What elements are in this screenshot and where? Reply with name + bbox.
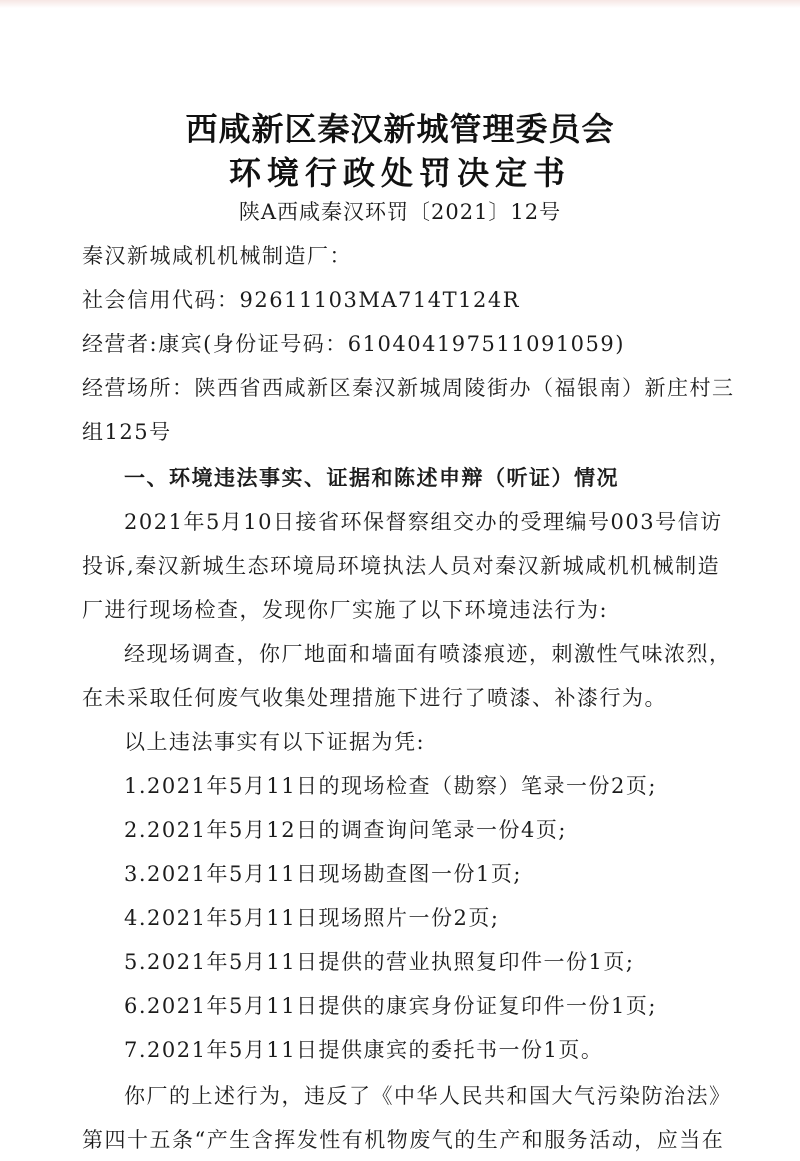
facts-paragraph-line: 2021年5月10日接省环保督察组交办的受理编号003号信访: [124, 506, 723, 536]
evidence-intro: 以上违法事实有以下证据为凭:: [124, 726, 425, 756]
business-address-line-1: 经营场所：陕西省西咸新区秦汉新城周陵街办（福银南）新庄村三: [82, 372, 735, 402]
facts-paragraph-line: 厂进行现场检查，发现你厂实施了以下环境违法行为:: [82, 594, 608, 624]
evidence-item: 1.2021年5月11日的现场检查（勘察）笔录一份2页;: [124, 770, 657, 800]
party-name: 秦汉新城咸机机械制造厂：: [82, 240, 352, 270]
issuing-authority-title: 西咸新区秦汉新城管理委员会: [0, 104, 800, 150]
business-address-line-2: 组125号: [82, 416, 172, 446]
evidence-item: 5.2021年5月11日提供的营业执照复印件一份1页;: [124, 946, 635, 976]
investigation-paragraph-line: 经现场调查，你厂地面和墙面有喷漆痕迹，刺激性气味浓烈，: [124, 638, 732, 668]
evidence-item: 6.2021年5月11日提供的康宾身份证复印件一份1页;: [124, 990, 657, 1020]
section-heading-violation-facts: 一、环境违法事实、证据和陈述申辩（听证）情况: [124, 462, 619, 492]
violation-paragraph-line: 第四十五条“产生含挥发性有机物废气的生产和服务活动，应当在: [82, 1124, 724, 1154]
operator-info: 经营者:康宾(身份证号码：610404197511091059): [82, 328, 625, 358]
document-page: 西咸新区秦汉新城管理委员会 环境行政处罚决定书 陕A西咸秦汉环罚〔2021〕12…: [0, 0, 800, 1161]
evidence-item: 7.2021年5月11日提供康宾的委托书一份1页。: [124, 1034, 603, 1064]
evidence-item: 2.2021年5月12日的调查询问笔录一份4页;: [124, 814, 567, 844]
document-number: 陕A西咸秦汉环罚〔2021〕12号: [0, 196, 800, 226]
violation-paragraph-line: 你厂的上述行为，违反了《中华人民共和国大气污染防治法》: [124, 1080, 732, 1110]
evidence-item: 4.2021年5月11日现场照片一份2页;: [124, 902, 500, 932]
document-type-title: 环境行政处罚决定书: [0, 148, 800, 194]
investigation-paragraph-line: 在未采取任何废气收集处理措施下进行了喷漆、补漆行为。: [82, 682, 667, 712]
credit-code: 社会信用代码：92611103MA714T124R: [82, 284, 520, 314]
facts-paragraph-line: 投诉,秦汉新城生态环境局环境执法人员对秦汉新城咸机机械制造: [82, 550, 720, 580]
evidence-item: 3.2021年5月11日现场勘查图一份1页;: [124, 858, 522, 888]
